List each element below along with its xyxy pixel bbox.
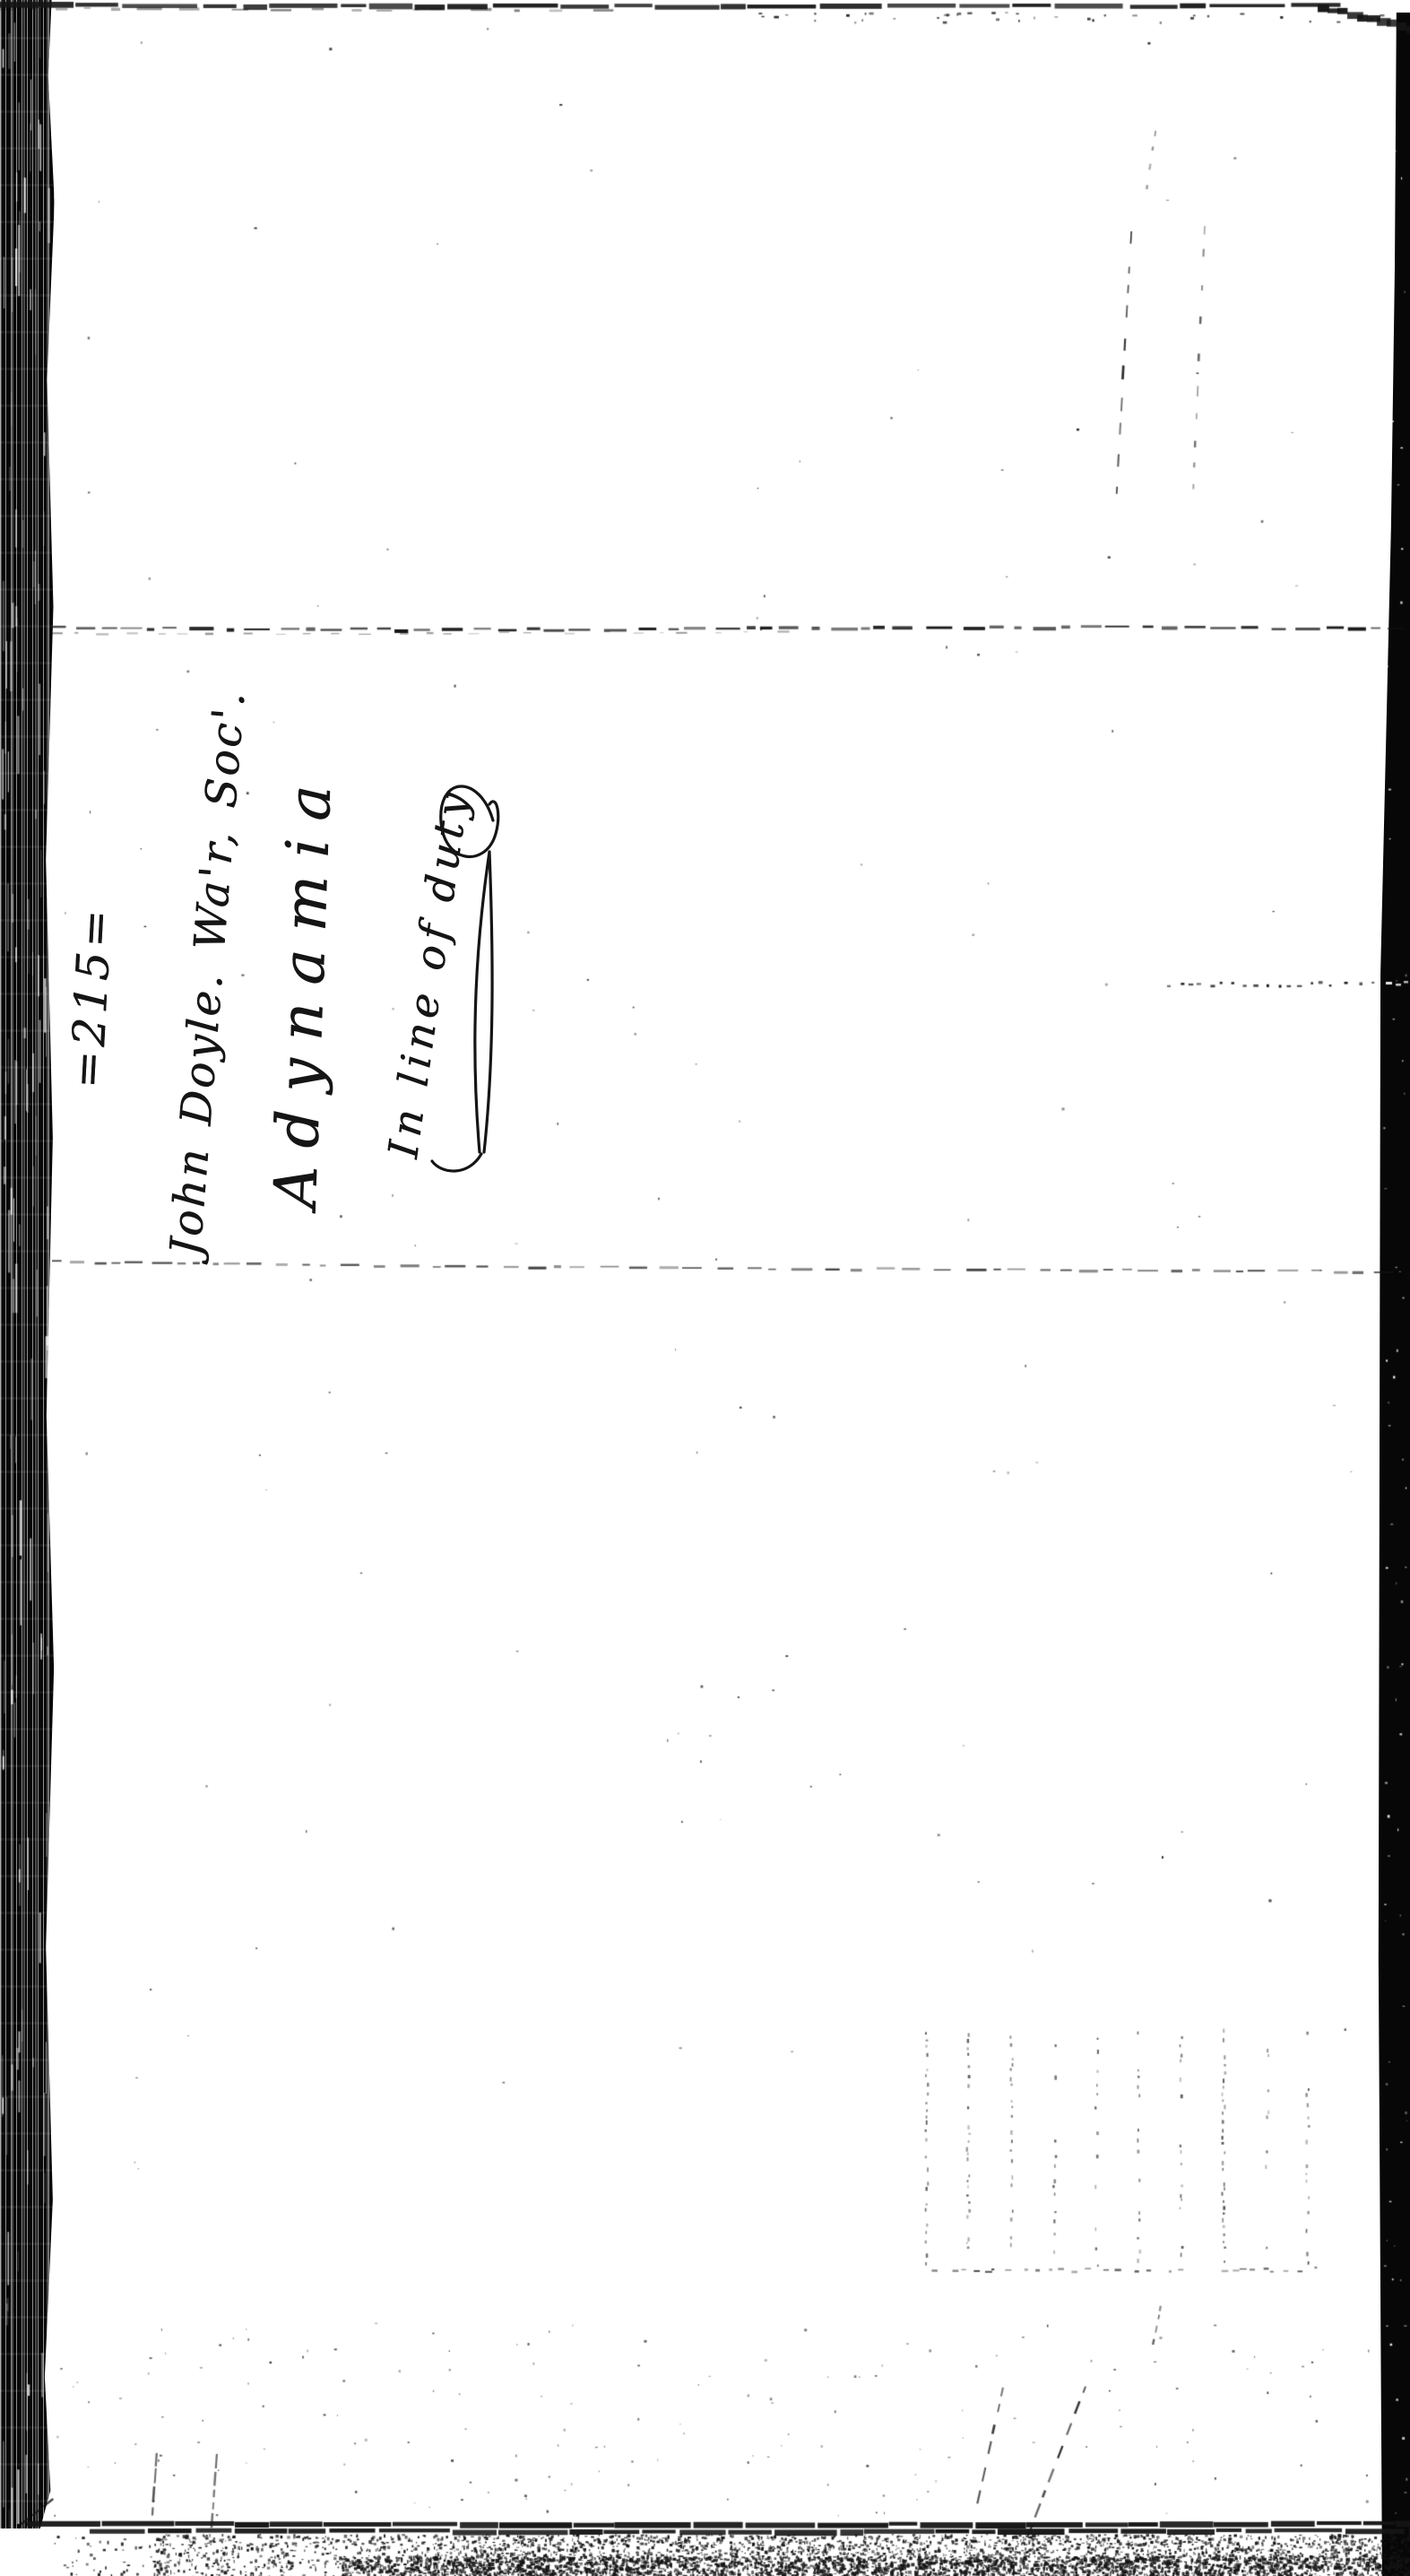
scanned-document-page: =215= John Doyle. Wa'r, Soc'. Adynamia I…: [0, 0, 1410, 2576]
scan-noise-layer: [0, 0, 1410, 2576]
